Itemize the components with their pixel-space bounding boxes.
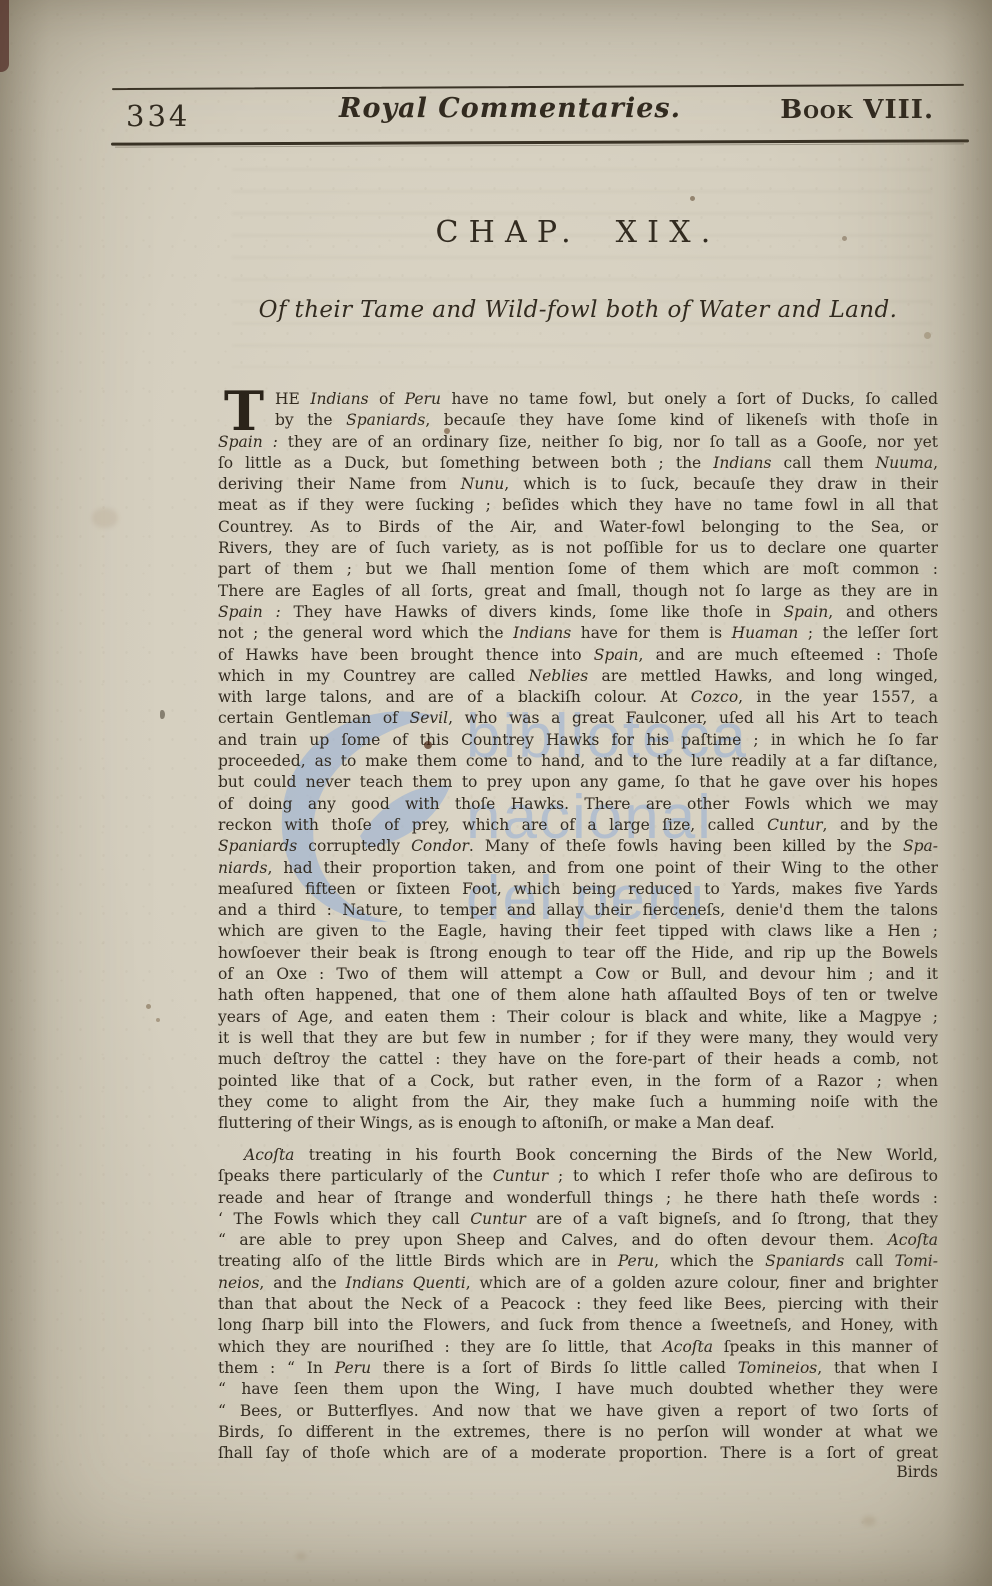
text-line: but could never teach them to prey upon …	[218, 772, 938, 793]
text-line: which they are nouriſhed : they are ſo l…	[218, 1337, 938, 1358]
text-line: which in my Countrey are called Neblies …	[218, 666, 938, 687]
text-line: of Hawks have been brought thence into S…	[218, 645, 938, 666]
text-line: part of them ; but we ſhall mention ſome…	[218, 559, 938, 580]
text-line: hath often happened, that one of them al…	[218, 985, 938, 1006]
book-page: { "header": { "page_number": "334", "run…	[0, 0, 992, 1586]
drop-cap: T	[218, 390, 270, 430]
text-line: not ; the general word which the Indians…	[218, 623, 938, 644]
text-line: of doing any good with thoſe Hawks. Ther…	[218, 794, 938, 815]
text-line: proceeded, as to make them come to hand,…	[218, 751, 938, 772]
text-line: it is well that they are but few in numb…	[218, 1028, 938, 1049]
text-line: Rivers, they are of ſuch variety, as is …	[218, 538, 938, 559]
text-line: ſo little as a Duck, but ſomething betwe…	[218, 453, 938, 474]
text-line: Acoſta treating in his fourth Book conce…	[218, 1145, 938, 1166]
text-line: Spain : they are of an ordinary ſize, ne…	[218, 432, 938, 453]
paragraph-2: Acoſta treating in his fourth Book conce…	[218, 1145, 938, 1464]
text-line: treating alſo of the little Birds which …	[218, 1251, 938, 1272]
chapter-heading: CHAP. XIX.	[218, 215, 938, 250]
text-line: ‘ The Fowls which they call Cuntur are o…	[218, 1209, 938, 1230]
text-line: ſhall ſay of thoſe which are of a modera…	[218, 1443, 938, 1464]
text-line: Spain : They have Hawks of divers kinds,…	[218, 602, 938, 623]
text-line: “ have ſeen them upon the Wing, I have m…	[218, 1379, 938, 1400]
book-label: Book VIII.	[780, 95, 934, 125]
text-line: meaſured fifteen or ſixteen Foot, which …	[218, 879, 938, 900]
catchword: Birds	[218, 1463, 938, 1481]
text-line: which are given to the Eagle, having the…	[218, 921, 938, 942]
page-stain	[862, 1516, 876, 1526]
text-line: fluttering of their Wings, as is enough …	[218, 1113, 938, 1134]
text-line: pointed like that of a Cock, but rather …	[218, 1071, 938, 1092]
header-rule-top	[112, 84, 964, 91]
text-line: neios, and the Indians Quenti, which are…	[218, 1273, 938, 1294]
text-line: they come to alight from the Air, they m…	[218, 1092, 938, 1113]
show-through-ghosting	[232, 168, 932, 368]
text-line: long ſharp bill into the Flowers, and ſu…	[218, 1315, 938, 1336]
paragraph-1: T HE Indians of Peru have no tame fowl, …	[218, 389, 938, 1134]
text-line: HE Indians of Peru have no tame fowl, bu…	[275, 389, 938, 410]
running-title: Royal Commentaries.	[258, 93, 762, 124]
text-line: and train up ſome of this Countrey Hawks…	[218, 730, 938, 751]
text-line: Spaniards corruptedly Condor. Many of th…	[218, 836, 938, 857]
text-line: than that about the Neck of a Peacock : …	[218, 1294, 938, 1315]
text-line: reckon with thoſe of prey, which are of …	[218, 815, 938, 836]
text-line: Countrey. As to Birds of the Air, and Wa…	[218, 517, 938, 538]
text-line: of an Oxe : Two of them will attempt a C…	[218, 964, 938, 985]
text-line: ſpeaks there particularly of the Cuntur …	[218, 1166, 938, 1187]
text-line: niards, had their proportion taken, and …	[218, 858, 938, 879]
text-line: meat as if they were ſucking ; beſides w…	[218, 495, 938, 516]
text-line: much deſtroy the cattel : they have on t…	[218, 1049, 938, 1070]
text-line: them : “ In Peru there is a ſort of Bird…	[218, 1358, 938, 1379]
text-line: years of Age, and eaten them : Their col…	[218, 1007, 938, 1028]
text-line: with large talons, and are of a blackiſh…	[218, 687, 938, 708]
page-number: 334	[126, 99, 190, 133]
scan-edge-artifact	[0, 0, 9, 72]
page-stain	[156, 1018, 160, 1022]
text-line: deriving their Name from Nunu, which is …	[218, 474, 938, 495]
header-rule-bottom	[111, 139, 969, 145]
page-stain	[92, 508, 118, 528]
text-line: by the Spaniards, becauſe they have ſome…	[275, 410, 938, 431]
page-stain	[296, 1552, 306, 1560]
text-line: Birds, ſo different in the extremes, the…	[218, 1422, 938, 1443]
page-stain	[160, 710, 165, 719]
text-line: howſoever their beak is ſtrong enough to…	[218, 943, 938, 964]
page-stain	[924, 332, 931, 339]
text-line: “ Bees, or Butterflyes. And now that we …	[218, 1401, 938, 1422]
text-line: There are Eagles of all ſorts, great and…	[218, 581, 938, 602]
chapter-subtitle: Of their Tame and Wild-fowl both of Wate…	[218, 297, 938, 323]
text-line: certain Gentleman of Sevil, who was a gr…	[218, 708, 938, 729]
text-line: “ are able to prey upon Sheep and Calves…	[218, 1230, 938, 1251]
text-line: reade and hear of ſtrange and wonderfull…	[218, 1188, 938, 1209]
page-stain	[146, 1004, 151, 1009]
text-line: and a third : Nature, to temper and alla…	[218, 900, 938, 921]
page-stain	[690, 196, 695, 201]
